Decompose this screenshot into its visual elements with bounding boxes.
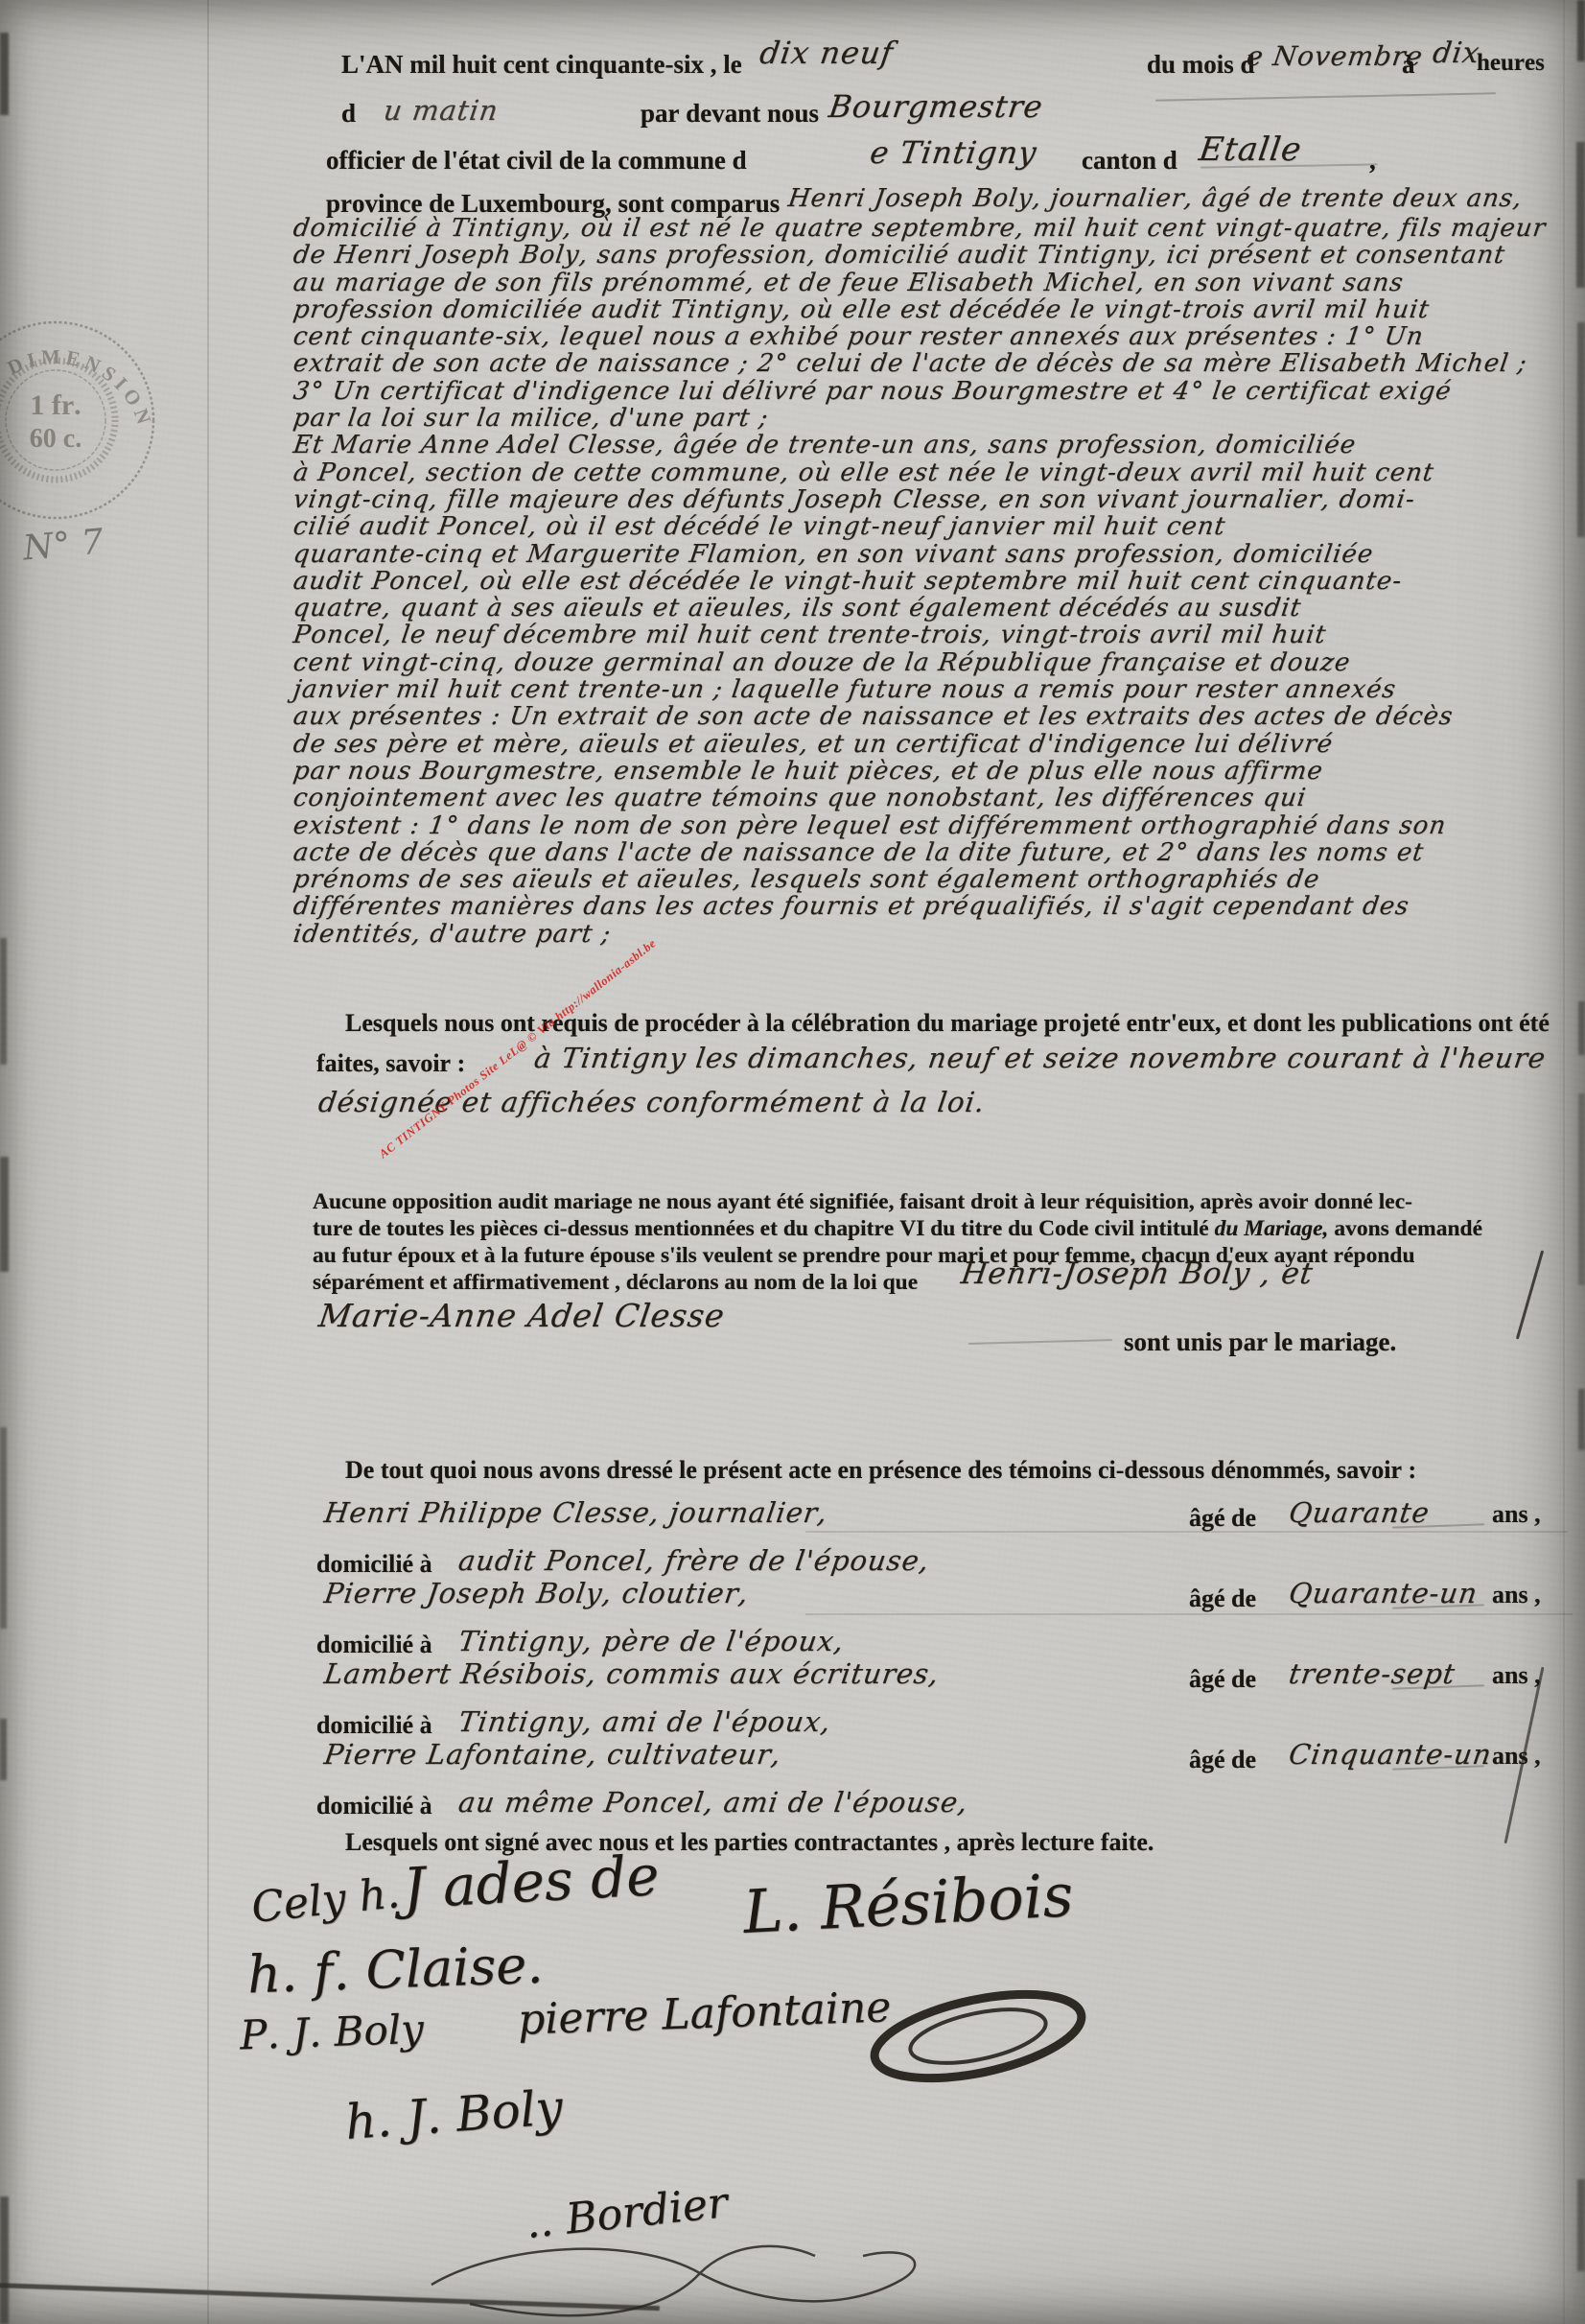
ink-rule-line — [1392, 1765, 1484, 1770]
pencil-guide-line — [805, 1613, 1573, 1615]
opposition-line-2: ture de toutes les pièces ci-dessus ment… — [313, 1216, 1482, 1242]
opposition-line-2-italic: du Mariage, — [1215, 1216, 1329, 1241]
handwritten-line: quatre, quant à ses aïeuls et aïeules, i… — [291, 595, 1585, 622]
fold-crease — [207, 0, 209, 2324]
handwritten-line: janvier mil huit cent trente-un ; laquel… — [291, 676, 1585, 703]
handwritten-line: par la loi sur la milice, d'une part ; — [291, 405, 1585, 432]
handwritten-line: extrait de son acte de naissance ; 2° ce… — [291, 350, 1585, 377]
scan-artifact — [1578, 1001, 1585, 1055]
age-label: âgé de — [1189, 1585, 1256, 1613]
handwritten-line: quarante-cinq et Marguerite Flamion, en … — [291, 541, 1585, 568]
handwritten-line: de Henri Joseph Boly, sans profession, d… — [291, 242, 1585, 269]
opening-printed-d: d — [341, 99, 356, 129]
opposition-line-4: séparément et affirmativement , déclaron… — [313, 1270, 918, 1296]
ink-rule-line — [1155, 92, 1496, 101]
opposition-line-2a: ture de toutes les pièces ci-dessus ment… — [313, 1216, 1215, 1241]
witness-name: Lambert Résibois, commis aux écritures, — [322, 1657, 942, 1690]
witness-name: Pierre Lafontaine, cultivateur, — [322, 1738, 783, 1771]
stamp-value-2: 60 c. — [30, 424, 82, 454]
witness-name: Henri Philippe Clesse, journalier, — [322, 1496, 830, 1529]
opening-printed-commune-label: officier de l'état civil de la commune d — [326, 146, 747, 176]
hw-officer-title: Bourgmestre — [827, 88, 1045, 125]
handwritten-line: cent cinquante-six, lequel nous a exhibé… — [291, 323, 1585, 350]
signature-2: J ades de — [401, 1843, 661, 1921]
signature-1: Cely h. — [249, 1868, 402, 1933]
scan-artifact — [0, 1157, 9, 1272]
handwritten-line: Poncel, le neuf décembre mil huit cent t… — [291, 622, 1585, 648]
handwritten-line: Et Marie Anne Adel Clesse, âgée de trent… — [291, 432, 1585, 458]
handwritten-line: à Poncel, section de cette commune, où e… — [291, 459, 1585, 486]
signature-6: pierre Lafontaine — [517, 1983, 892, 2045]
scanned-marriage-act-page: DE DIMENSION 1 fr. 60 c. N° 7 L'AN mil h… — [0, 0, 1585, 2324]
ans-label: ans , — [1492, 1742, 1541, 1771]
scan-artifact — [0, 1427, 7, 1629]
scan-artifact — [0, 938, 7, 1065]
handwritten-line: identités, d'autre part ; — [291, 921, 1585, 948]
pen-flourish — [1516, 1250, 1544, 1339]
hw-day: dix neuf — [758, 35, 896, 71]
witness-row: Lambert Résibois, commis aux écritures, … — [0, 1659, 1585, 1740]
opening-printed-year: L'AN mil huit cent cinquante-six , le — [341, 50, 742, 80]
publications-printed-2: faites, savoir : — [316, 1049, 465, 1078]
signature-7: h. J. Boly — [343, 2079, 564, 2150]
signature-4: L. Résibois — [741, 1860, 1075, 1947]
domicile-label: domicilié à — [316, 1631, 432, 1659]
handwritten-line: aux présentes : Un extrait de son acte d… — [291, 703, 1585, 730]
handwritten-line: profession domiciliée audit Tintigny, où… — [291, 296, 1585, 323]
hw-month: e Novembre — [1245, 40, 1425, 72]
pen-flourish — [1503, 1667, 1544, 1844]
handwritten-line: 3° Un certificat d'indigence lui délivré… — [291, 378, 1585, 405]
hw-publications-2: désignée et affichées conformément à la … — [316, 1086, 988, 1118]
opening-printed-heures: heures — [1477, 50, 1545, 77]
opening-printed-a: à — [1402, 50, 1415, 80]
handwritten-line: acte de décès que dans l'acte de naissan… — [291, 839, 1585, 866]
handwritten-line: de ses père et mère, aïeuls et aïeules, … — [291, 731, 1585, 758]
witness-domicile: au même Poncel, ami de l'épouse, — [456, 1786, 970, 1819]
handwritten-line: prénoms de ses aïeuls et aïeules, lesque… — [291, 866, 1585, 893]
hw-bride-name: Marie-Anne Adel Clesse — [316, 1297, 728, 1334]
handwritten-line: différentes manières dans les actes four… — [291, 893, 1585, 920]
witness-name: Pierre Joseph Boly, cloutier, — [322, 1577, 751, 1609]
witness-age: Quarante-un — [1287, 1577, 1480, 1609]
handwritten-line: conjointement avec les quatre témoins qu… — [291, 785, 1585, 811]
ans-label: ans , — [1492, 1581, 1541, 1609]
hw-canton: Etalle — [1197, 130, 1304, 169]
hw-time-of-day: u matin — [382, 94, 501, 127]
pencil-guide-line — [805, 1531, 1568, 1533]
signature-3: h. f. Claise. — [246, 1935, 544, 2006]
ink-rule-line — [1392, 1684, 1484, 1689]
handwritten-line: cilié audit Poncel, où il est décédé le … — [291, 513, 1585, 540]
ink-rule-line — [1392, 1523, 1484, 1528]
ans-label: ans , — [1492, 1500, 1541, 1529]
stamp-value-1: 1 fr. — [30, 389, 81, 421]
scan-artifact — [1577, 0, 1585, 61]
handwritten-line: audit Poncel, où elle est décédée le vin… — [291, 568, 1585, 595]
opening-printed-month-label: du mois d — [1147, 50, 1255, 80]
witness-domicile: Tintigny, ami de l'époux, — [456, 1705, 833, 1738]
witness-age: Cinquante-un — [1287, 1738, 1494, 1771]
opening-printed-devant-nous: par devant nous — [641, 99, 819, 129]
act-body-block: domicilié à Tintigny, où il est né le qu… — [293, 215, 1585, 948]
handwritten-line: cent vingt-cinq, douze germinal an douze… — [291, 649, 1585, 676]
domicile-label: domicilié à — [316, 1792, 432, 1820]
witness-domicile: audit Poncel, frère de l'épouse, — [456, 1544, 932, 1577]
signature-flourish — [412, 2227, 949, 2323]
handwritten-line: au mariage de son fils prénommé, et de f… — [291, 270, 1585, 296]
printed-sont-unis: sont unis par le mariage. — [1124, 1327, 1396, 1357]
opening-printed-comma: , — [1369, 146, 1376, 176]
scan-artifact — [1578, 1389, 1585, 1450]
handwritten-line: existent : 1° dans le nom de son père le… — [291, 812, 1585, 839]
domicile-label: domicilié à — [316, 1711, 432, 1740]
opposition-line-2b: avons demandé — [1328, 1216, 1482, 1241]
domicile-label: domicilié à — [316, 1550, 432, 1579]
scan-artifact — [0, 33, 9, 115]
witness-age: trente-sept — [1287, 1657, 1457, 1690]
age-label: âgé de — [1189, 1504, 1256, 1533]
hw-publications-1: à Tintigny les dimanches, neuf et seize … — [532, 1042, 1548, 1074]
handwritten-line: domicilié à Tintigny, où il est né le qu… — [291, 215, 1585, 242]
signature-5: P. J. Boly — [239, 2006, 424, 2059]
age-label: âgé de — [1189, 1746, 1256, 1774]
ink-rule-line — [1392, 1604, 1484, 1608]
ink-rule-line — [968, 1339, 1112, 1345]
hw-groom-intro: Henri Joseph Boly, journalier, âgé de tr… — [786, 184, 1525, 213]
ans-label: ans , — [1492, 1661, 1541, 1690]
scan-artifact — [0, 1719, 7, 1780]
scan-artifact — [1577, 2179, 1585, 2271]
scan-artifact — [0, 2196, 9, 2324]
witness-row: Pierre Lafontaine, cultivateur, âgé de C… — [0, 1740, 1585, 1820]
age-label: âgé de — [1189, 1665, 1256, 1694]
hw-hour: dix — [1431, 36, 1482, 70]
hw-groom-name: Henri-Joseph Boly , et — [959, 1256, 1316, 1291]
witness-age: Quarante — [1287, 1496, 1432, 1529]
witness-row: Henri Philippe Clesse, journalier, âgé d… — [0, 1498, 1585, 1579]
pen-flourish-loops — [844, 1974, 1112, 2099]
revenue-stamp: DE DIMENSION 1 fr. 60 c. — [0, 309, 167, 531]
witnesses-intro: De tout quoi nous avons dressé le présen… — [345, 1456, 1416, 1485]
opposition-line-1: Aucune opposition audit mariage ne nous … — [313, 1189, 1412, 1215]
scan-artifact — [1578, 1093, 1585, 1285]
hw-commune: e Tintigny — [868, 134, 1039, 171]
act-number: N° 7 — [21, 522, 105, 568]
witness-row: Pierre Joseph Boly, cloutier, âgé de Qua… — [0, 1579, 1585, 1659]
handwritten-line: vingt-cinq, fille majeure des défunts Jo… — [291, 486, 1585, 513]
opening-printed-canton-label: canton d — [1082, 146, 1177, 176]
witness-domicile: Tintigny, père de l'époux, — [456, 1625, 847, 1657]
handwritten-line: par nous Bourgmestre, ensemble le huit p… — [291, 758, 1585, 785]
